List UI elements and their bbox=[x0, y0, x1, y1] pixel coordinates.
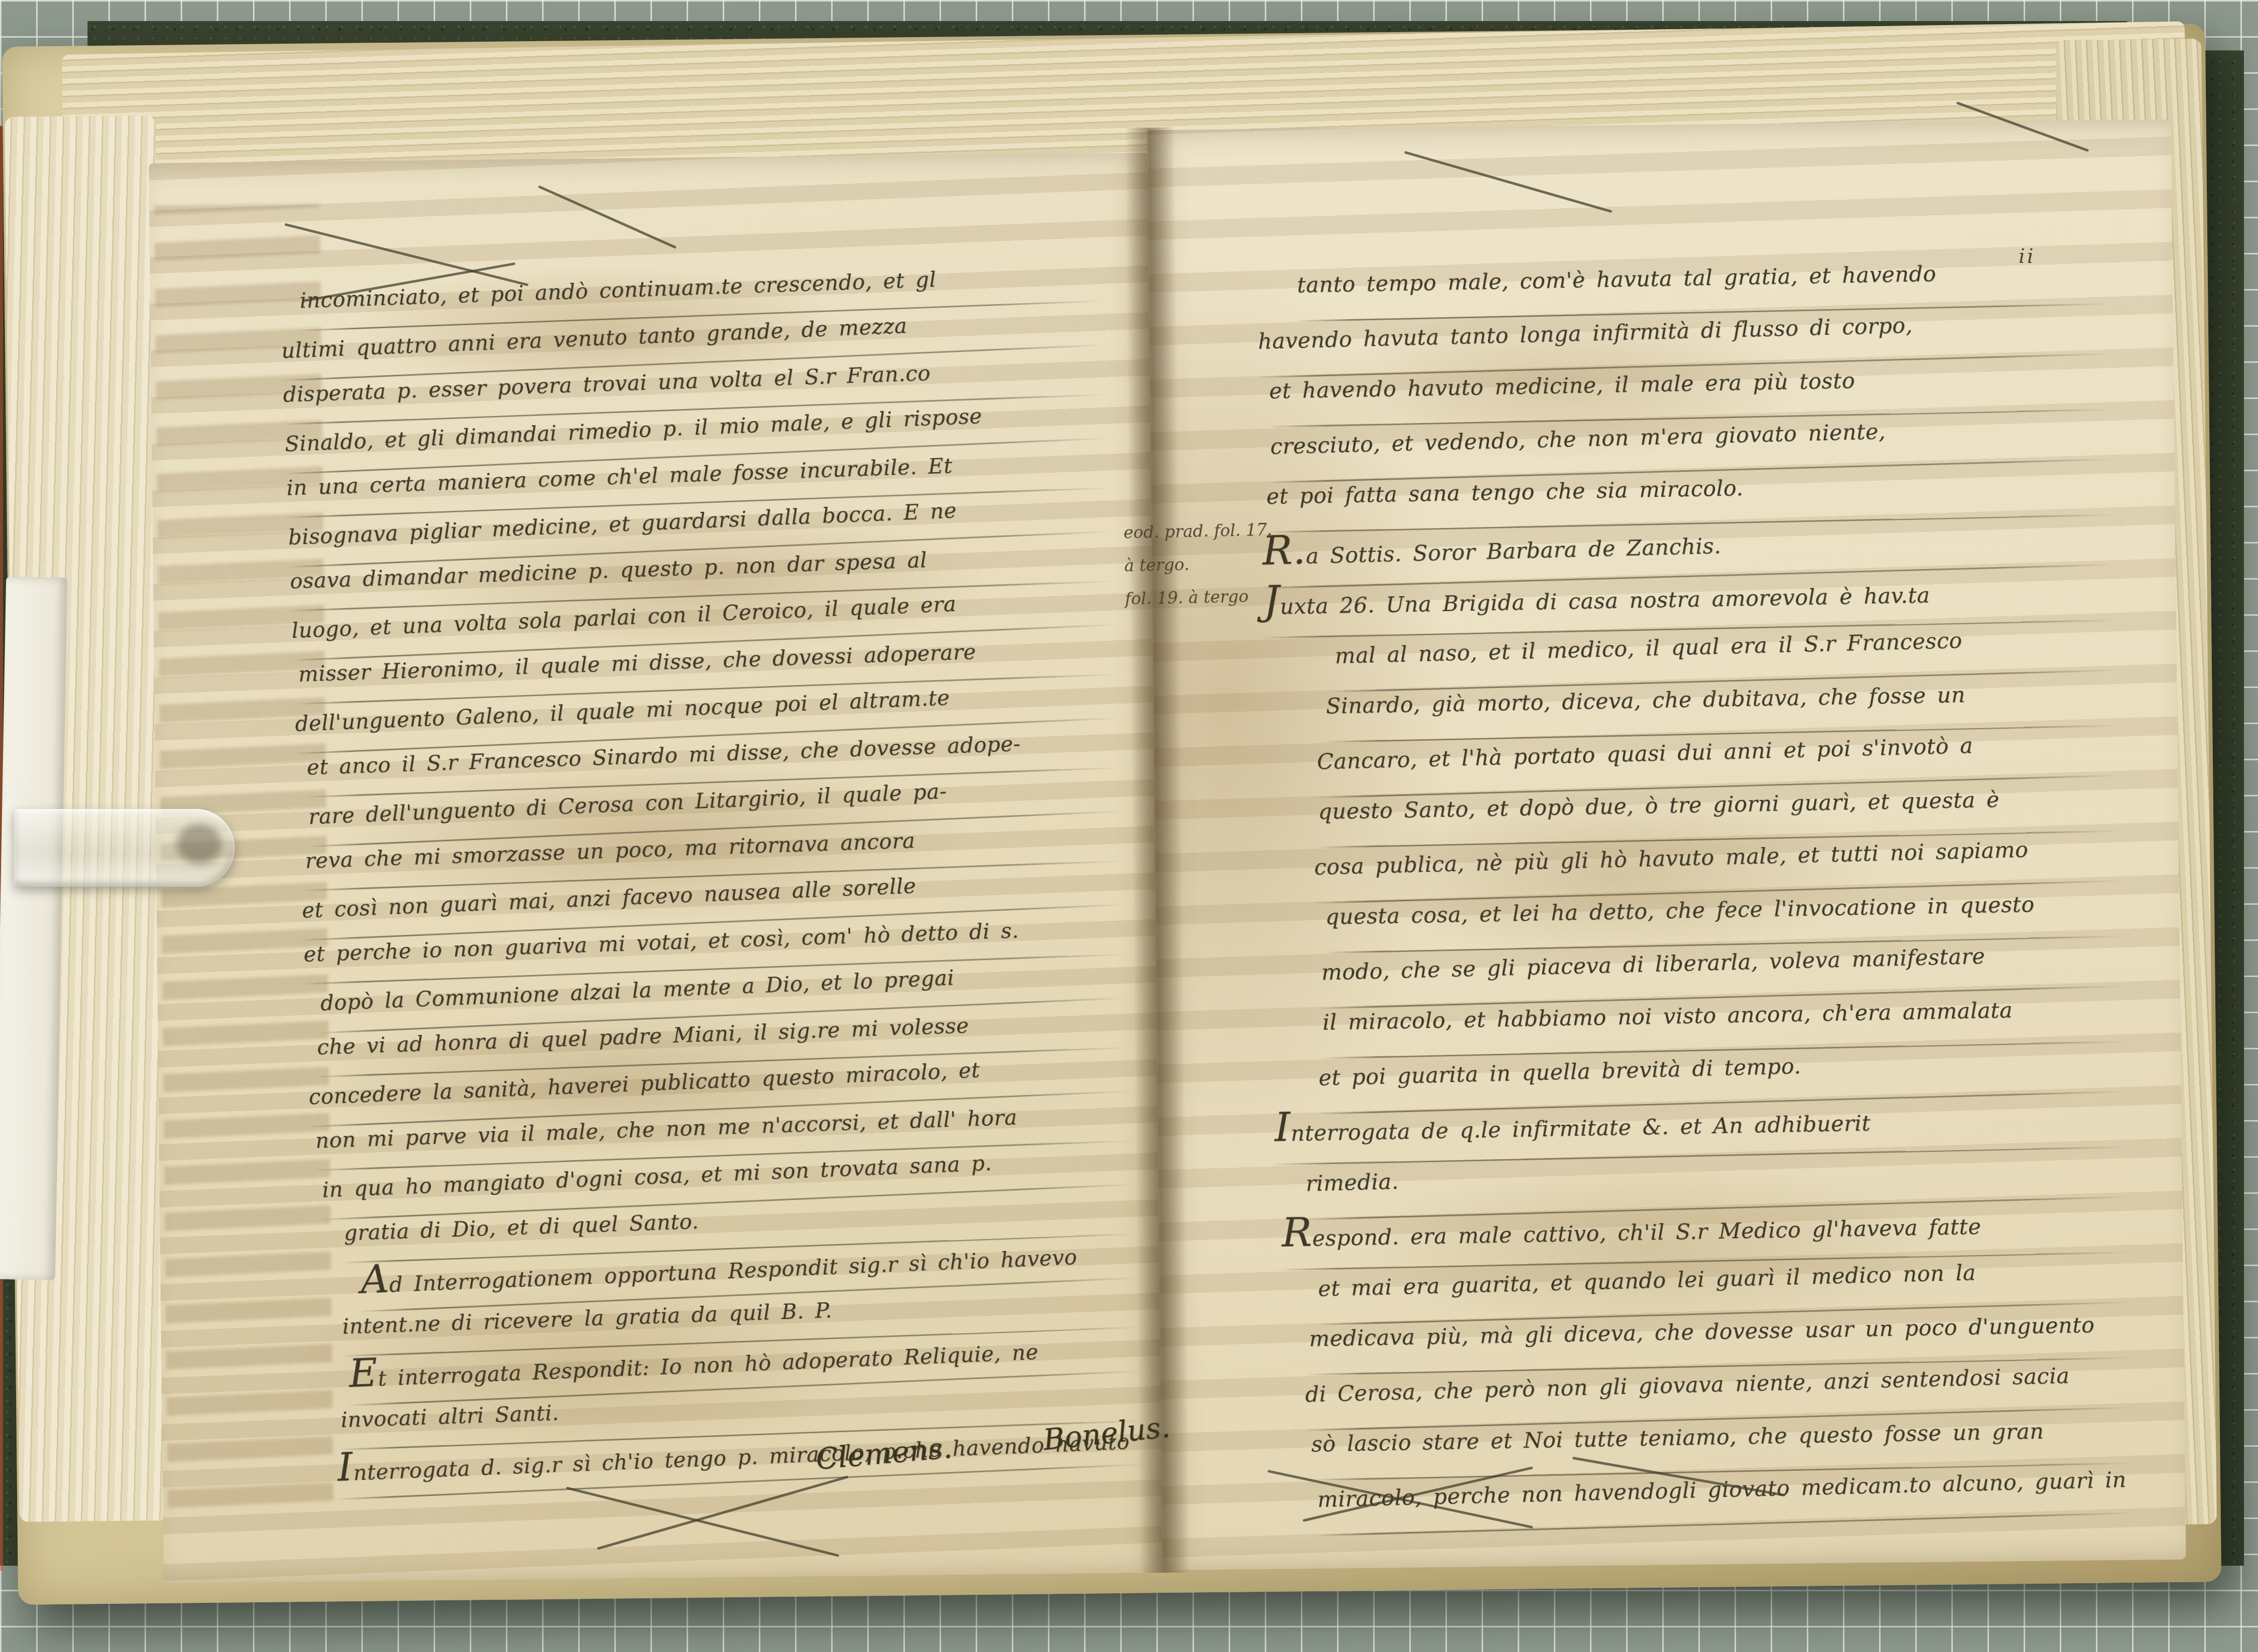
right-page-text: tanto tempo male, com'è havuta tal grati… bbox=[1257, 257, 2126, 1540]
glass-weight bbox=[14, 809, 235, 887]
margin-note-line: eod. prad. fol. 17. bbox=[1123, 512, 1304, 549]
left-page-text: incominciato, et poi andò continuam.te c… bbox=[279, 260, 1136, 1503]
folio-number: ii bbox=[2019, 245, 2036, 268]
margin-note-line: à tergo. bbox=[1124, 545, 1305, 583]
margin-note-line: fol. 19. à tergo bbox=[1125, 579, 1306, 616]
margin-note: eod. prad. fol. 17. à tergo. fol. 19. à … bbox=[1123, 512, 1306, 615]
manuscript-photo: incominciato, et poi andò continuam.te c… bbox=[0, 0, 2258, 1652]
